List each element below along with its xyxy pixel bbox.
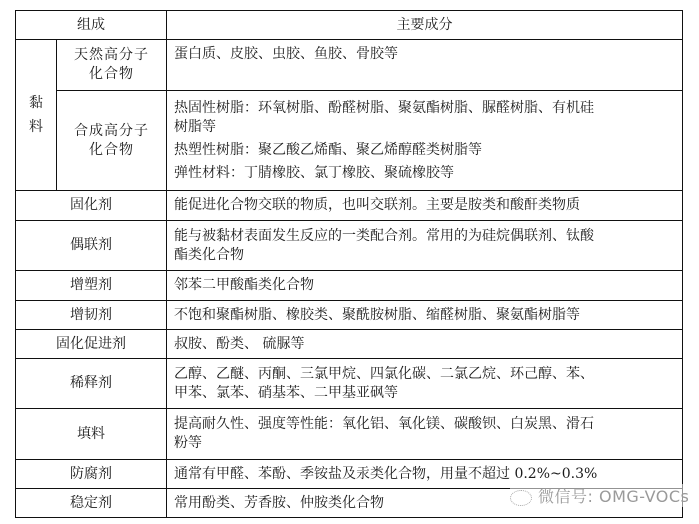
row-name: 固化促进剂 [16,330,167,359]
table-row: 固化剂 能促进化合物交联的物质，也叫交联剂。主要是胺类和酸酐类物质 [16,191,683,221]
table-row: 偶联剂 能与被黏材表面发生反应的一类配合剂。常用的为硅烷偶联剂、钛酸 酯类化合物 [16,221,683,271]
row-content: 能与被黏材表面发生反应的一类配合剂。常用的为硅烷偶联剂、钛酸 酯类化合物 [167,221,683,271]
row-name: 天然高分子 化合物 [57,40,167,91]
table-row: 合成高分子 化合物 热固性树脂：环氧树脂、酚醛树脂、聚氨酯树脂、脲醛树脂、有机硅… [16,91,683,191]
row-name: 填料 [16,409,167,460]
row-name: 防腐剂 [16,460,167,489]
row-name: 增韧剂 [16,301,167,330]
adhesive-group-label: 黏 料 [16,40,57,191]
wechat-watermark: 微信号: OMG-VOCs [510,484,689,507]
row-content: 蛋白质、皮胶、虫胶、鱼胶、骨胶等 [167,40,683,91]
row-content: 叔胺、酚类、 硫脲等 [167,330,683,359]
header-composition: 组成 [16,11,167,40]
header-row: 组成 主要成分 [16,11,683,40]
row-name: 合成高分子 化合物 [57,91,167,191]
row-name: 偶联剂 [16,221,167,271]
row-content: 能促进化合物交联的物质，也叫交联剂。主要是胺类和酸酐类物质 [167,191,683,221]
row-content: 乙醇、乙醚、丙酮、三氯甲烷、四氯化碳、二氯乙烷、环己醇、苯、 甲苯、氯苯、硝基苯… [167,359,683,409]
wechat-icon [510,490,532,506]
table-row: 黏 料 天然高分子 化合物 蛋白质、皮胶、虫胶、鱼胶、骨胶等 [16,40,683,91]
table-row: 增韧剂 不饱和聚酯树脂、橡胶类、聚酰胺树脂、缩醛树脂、聚氨酯树脂等 [16,301,683,330]
row-content: 热固性树脂：环氧树脂、酚醛树脂、聚氨酯树脂、脲醛树脂、有机硅 树脂等 热塑性树脂… [167,91,683,191]
table-row: 稀释剂 乙醇、乙醚、丙酮、三氯甲烷、四氯化碳、二氯乙烷、环己醇、苯、 甲苯、氯苯… [16,359,683,409]
row-content: 邻苯二甲酸酯类化合物 [167,271,683,301]
row-content: 提高耐久性、强度等性能：氧化铝、氧化镁、碳酸钡、白炭黑、滑石 粉等 [167,409,683,460]
row-name: 增塑剂 [16,271,167,301]
row-name: 稳定剂 [16,489,167,518]
header-main-ingredients: 主要成分 [167,11,683,40]
row-name: 固化剂 [16,191,167,221]
table-row: 固化促进剂 叔胺、酚类、 硫脲等 [16,330,683,359]
table-row: 增塑剂 邻苯二甲酸酯类化合物 [16,271,683,301]
row-name: 稀释剂 [16,359,167,409]
composition-table: 组成 主要成分 黏 料 天然高分子 化合物 蛋白质、皮胶、虫胶、鱼胶、骨胶等 合… [15,10,683,518]
row-content: 不饱和聚酯树脂、橡胶类、聚酰胺树脂、缩醛树脂、聚氨酯树脂等 [167,301,683,330]
watermark-text: 微信号: OMG-VOCs [538,487,689,506]
table-row: 填料 提高耐久性、强度等性能：氧化铝、氧化镁、碳酸钡、白炭黑、滑石 粉等 [16,409,683,460]
